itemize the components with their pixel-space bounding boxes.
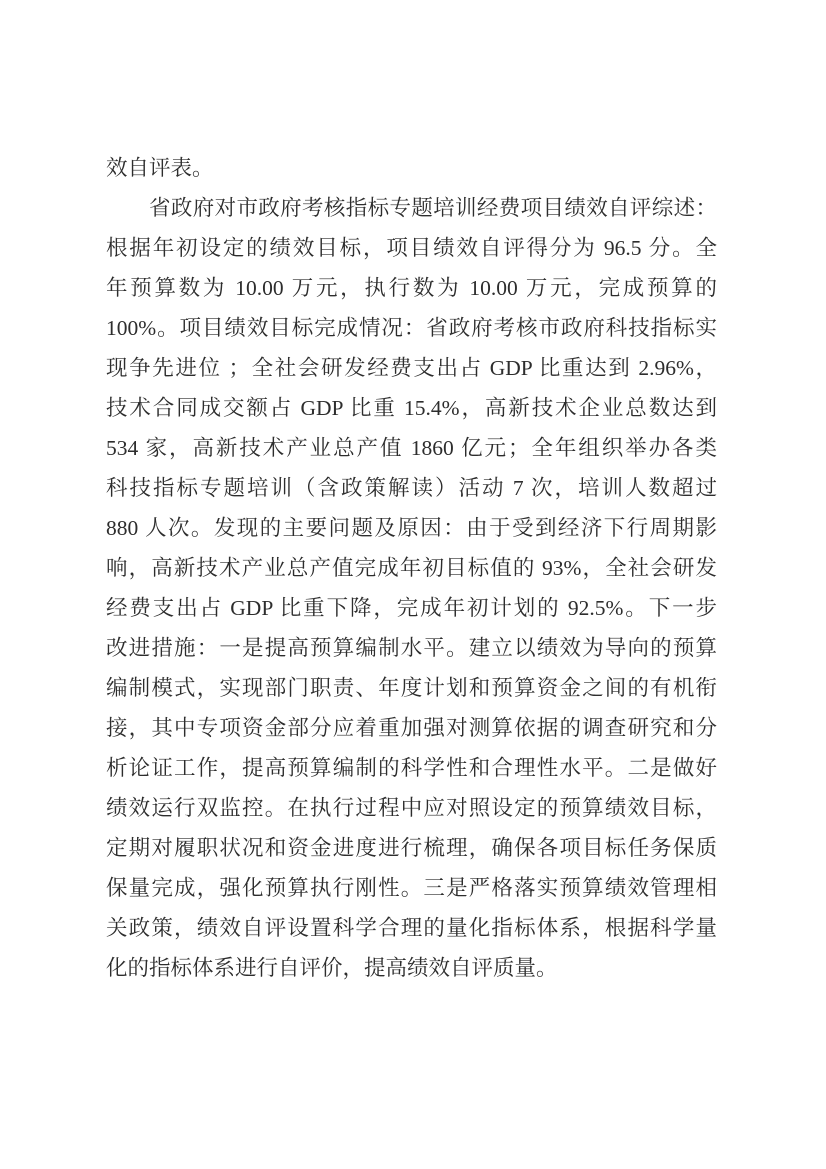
text-line: 根据年初设定的绩效目标，项目绩效自评得分为 96.5 分。全 xyxy=(106,228,717,268)
body-text: 效自评表。省政府对市政府考核指标专题培训经费项目绩效自评综述：根据年初设定的绩效… xyxy=(106,148,717,988)
text-line: 保量完成，强化预算执行刚性。三是严格落实预算绩效管理相 xyxy=(106,868,717,908)
text-line: 年预算数为 10.00 万元，执行数为 10.00 万元，完成预算的 xyxy=(106,268,717,308)
text-line: 定期对履职状况和资金进度进行梳理，确保各项目标任务保质 xyxy=(106,828,717,868)
text-line: 编制模式，实现部门职责、年度计划和预算资金之间的有机衔 xyxy=(106,668,717,708)
text-line: 534 家，高新技术产业总产值 1860 亿元；全年组织举办各类 xyxy=(106,428,717,468)
text-line: 关政策，绩效自评设置科学合理的量化指标体系，根据科学量 xyxy=(106,908,717,948)
text-line: 绩效运行双监控。在执行过程中应对照设定的预算绩效目标， xyxy=(106,788,717,828)
document-page: 效自评表。省政府对市政府考核指标专题培训经费项目绩效自评综述：根据年初设定的绩效… xyxy=(0,0,826,1169)
text-line: 科技指标专题培训（含政策解读）活动 7 次，培训人数超过 xyxy=(106,468,717,508)
text-line: 响，高新技术产业总产值完成年初目标值的 93%，全社会研发 xyxy=(106,548,717,588)
text-line: 化的指标体系进行自评价，提高绩效自评质量。 xyxy=(106,948,717,988)
text-line: 技术合同成交额占 GDP 比重 15.4%，高新技术企业总数达到 xyxy=(106,388,717,428)
text-line: 现争先进位 ；全社会研发经费支出占 GDP 比重达到 2.96%， xyxy=(106,348,717,388)
text-line: 析论证工作，提高预算编制的科学性和合理性水平。二是做好 xyxy=(106,748,717,788)
text-line: 接，其中专项资金部分应着重加强对测算依据的调查研究和分 xyxy=(106,708,717,748)
text-line: 效自评表。 xyxy=(106,148,717,188)
text-line: 100%。项目绩效目标完成情况：省政府考核市政府科技指标实 xyxy=(106,308,717,348)
text-line: 880 人次。发现的主要问题及原因：由于受到经济下行周期影 xyxy=(106,508,717,548)
text-line: 省政府对市政府考核指标专题培训经费项目绩效自评综述： xyxy=(106,188,717,228)
text-line: 改进措施：一是提高预算编制水平。建立以绩效为导向的预算 xyxy=(106,628,717,668)
text-line: 经费支出占 GDP 比重下降，完成年初计划的 92.5%。下一步 xyxy=(106,588,717,628)
